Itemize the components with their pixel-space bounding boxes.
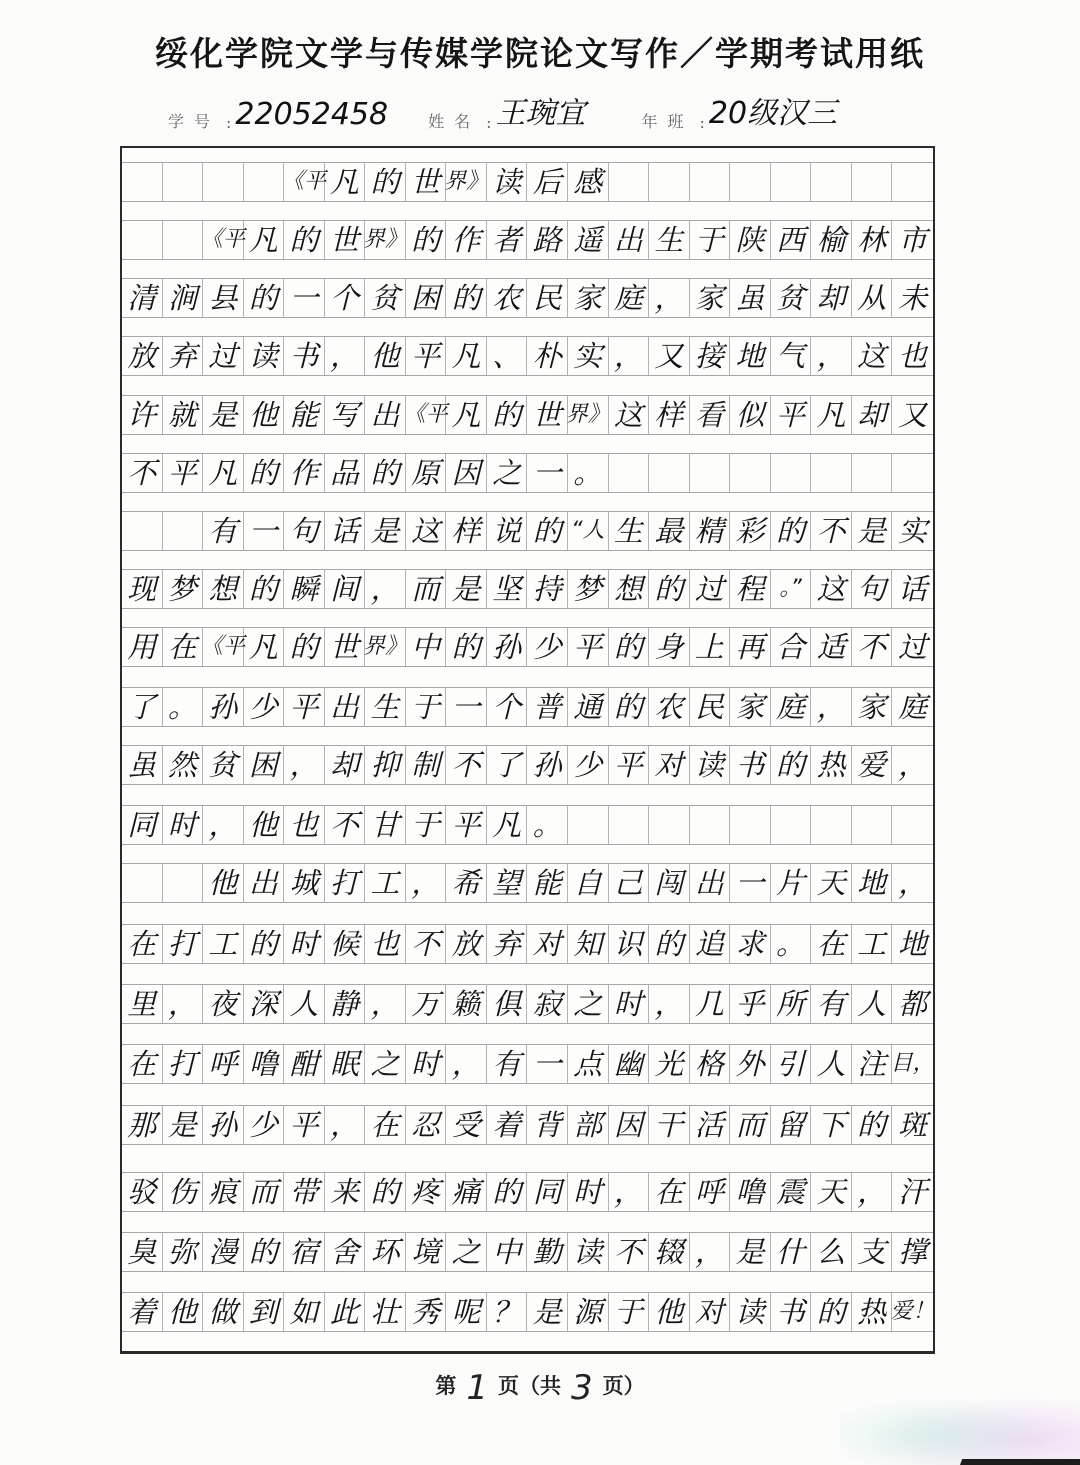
grid-cell: 的 [609,628,650,666]
grid-cell: 万 [406,985,447,1023]
grid-cell: 的 [244,279,285,317]
grid-cell: 呼 [690,1173,731,1211]
grid-cell: 对 [527,925,568,963]
grid-cell: 界》 [365,221,406,259]
grid-cell: 中 [406,628,447,666]
grid-cell: ， [649,279,690,317]
grid-cell: 他 [163,1293,204,1331]
grid-cell: 感 [568,163,609,201]
grid-cell: 热 [852,1293,893,1331]
grid-cell: 臭 [122,1233,163,1271]
grid-cell: 少 [244,688,285,726]
grid-cell: 品 [325,454,366,492]
grid-cell: ， [690,1233,731,1271]
grid-cell [892,454,933,492]
grid-cell: 而 [406,570,447,608]
grid-cell: 酣 [284,1045,325,1083]
grid-cell: ， [811,337,852,375]
grid-cell: 俱 [487,985,528,1023]
grid-cell: 世 [406,163,447,201]
grid-cell: 此 [325,1293,366,1331]
grid-cell: 平 [284,688,325,726]
grid-cell: ， [609,1173,650,1211]
grid-cell: 句 [852,570,893,608]
grid-cell: 点 [568,1045,609,1083]
grid-cell: 对 [690,1293,731,1331]
grid-cell: 源 [568,1293,609,1331]
grid-cell [690,454,731,492]
grid-cell: 界》 [568,396,609,434]
grid-cell: 幽 [609,1045,650,1083]
grid-cell: 一 [527,454,568,492]
grid-cell: 中 [487,1233,528,1271]
grid-cell: 路 [527,221,568,259]
grid-cell: 过 [690,570,731,608]
grid-cell: 实 [568,337,609,375]
grid-cell: 。 [771,925,812,963]
grid-cell: 他 [244,396,285,434]
grid-cell: 对 [649,746,690,784]
grid-cell: 所 [771,985,812,1023]
grid-cell: 如 [284,1293,325,1331]
grid-cell: 贫 [771,279,812,317]
grid-cell: 的 [487,1173,528,1211]
grid-cell: ？ [487,1293,528,1331]
grid-cell: 的 [446,628,487,666]
class-value: 20级汉三 [709,88,837,132]
grid-cell: 驳 [122,1173,163,1211]
grid-cell [690,163,731,201]
grid-cell: 也 [365,925,406,963]
grid-cell: 漫 [203,1233,244,1271]
grid-cell: 是 [446,570,487,608]
grid-cell: 是 [730,1233,771,1271]
grid-cell: 瞬 [284,570,325,608]
grid-cell [163,163,204,201]
grid-cell: 撑 [892,1233,933,1271]
grid-cell: 来 [325,1173,366,1211]
grid-cell: 爱！ [892,1293,933,1331]
grid-cell: 的 [811,1293,852,1331]
grid-cell: 同 [122,806,163,844]
grid-cell: 的 [244,454,285,492]
grid-cell: 合 [771,628,812,666]
grid-cell: 平 [609,746,650,784]
grid-cell: 现 [122,570,163,608]
grid-cell: 是 [365,512,406,550]
grid-cell: 出 [609,221,650,259]
grid-cell: 想 [609,570,650,608]
grid-cell: 看 [690,396,731,434]
grid-cell: 斑 [892,1106,933,1144]
grid-cell: 孙 [203,1106,244,1144]
grid-cell: 痕 [203,1173,244,1211]
grid-cell: 虽 [122,746,163,784]
grid-cell: 县 [203,279,244,317]
grid-cell [730,163,771,201]
grid-cell: 庭 [609,279,650,317]
grid-cell: 凡 [203,454,244,492]
footer-suffix: 页） [603,1373,645,1398]
grid-cell: 就 [163,396,204,434]
grid-cell: 之 [568,985,609,1023]
grid-cell: 样 [446,512,487,550]
grid-cell: 而 [730,1106,771,1144]
grid-cell: 这 [609,396,650,434]
grid-cell: 的 [244,1233,285,1271]
grid-cell: 能 [284,396,325,434]
grid-cell: 因 [446,454,487,492]
grid-cell: 少 [568,746,609,784]
grid-cell: ， [325,1106,366,1144]
grid-cell: 平 [406,337,447,375]
grid-cell: 之 [487,454,528,492]
grid-cell: 时 [406,1045,447,1083]
grid-cell: 平 [284,1106,325,1144]
grid-cell: 世 [325,628,366,666]
grid-cell: 放 [122,337,163,375]
grid-cell: 了 [122,688,163,726]
student-id-label: 学号 [168,109,220,132]
grid-cell: 背 [527,1106,568,1144]
grid-cell: 识 [609,925,650,963]
exam-paper-sheet: 绥化学院文学与传媒学院论文写作／学期考试用纸 学号 : 22052458 姓名 … [0,0,1080,1465]
grid-cell: 用 [122,628,163,666]
grid-cell: 时 [284,925,325,963]
grid-cell: 然 [163,746,204,784]
grid-cell: 梦 [163,570,204,608]
photo-corner-edge [960,1459,1080,1465]
grid-cell [244,163,285,201]
grid-cell: 不 [446,746,487,784]
grid-cell: 却 [811,279,852,317]
grid-cell: 精 [690,512,731,550]
grid-cell: 不 [122,454,163,492]
grid-cell: 人 [811,1045,852,1083]
grid-cell: 朴 [527,337,568,375]
grid-cell: 个 [325,279,366,317]
grid-cell: 农 [649,688,690,726]
grid-cell: 求 [730,925,771,963]
grid-cell: 一 [730,864,771,902]
grid-cell: 家 [730,688,771,726]
grid-row: 那是孙少平，在忍受着背部因干活而留下的斑 [122,1105,933,1145]
grid-cell: 困 [406,279,447,317]
student-id-value: 22052458 [235,97,388,132]
grid-cell: 家 [568,279,609,317]
grid-cell: 书 [730,746,771,784]
grid-cell: 过 [203,337,244,375]
grid-cell: 震 [771,1173,812,1211]
grid-cell: 。 [568,454,609,492]
grid-row: 了。孙少平出生于一个普通的农民家庭，家庭 [122,687,933,727]
grid-cell: 支 [852,1233,893,1271]
grid-cell: 少 [527,628,568,666]
grid-cell: 着 [122,1293,163,1331]
grid-cell: 话 [892,570,933,608]
grid-cell [163,221,204,259]
grid-cell: 了 [487,746,528,784]
grid-row: 里，夜深人静，万籁俱寂之时，几乎所有人都 [122,984,933,1024]
grid-cell: 一 [527,1045,568,1083]
grid-cell: 读 [244,337,285,375]
grid-cell [609,806,650,844]
grid-row: 虽然贫困，却抑制不了孙少平对读书的热爱， [122,745,933,785]
grid-cell: 他 [244,806,285,844]
grid-cell: 不 [609,1233,650,1271]
grid-row: 着他做到如此壮秀呢？是源于他对读书的热爱！ [122,1292,933,1332]
grid-cell: ， [284,746,325,784]
grid-cell: 、 [487,337,528,375]
grid-cell: 己 [609,864,650,902]
grid-cell: 不 [406,925,447,963]
grid-cell: 家 [690,279,731,317]
grid-cell: ， [365,985,406,1023]
grid-cell: 希 [446,864,487,902]
grid-cell: 知 [568,925,609,963]
grid-cell: 壮 [365,1293,406,1331]
grid-cell: 工 [365,864,406,902]
grid-cell [609,163,650,201]
grid-cell: 的 [649,570,690,608]
student-info-row: 学号 : 22052458 姓名 : 王琬宜 年班 : 20级汉三 [168,92,928,132]
grid-cell: 最 [649,512,690,550]
grid-cell: 什 [771,1233,812,1271]
grid-cell: 在 [163,628,204,666]
grid-cell: 书 [284,337,325,375]
grid-cell: 陕 [730,221,771,259]
grid-cell: 甘 [365,806,406,844]
grid-cell: 。 [163,688,204,726]
grid-cell: 一 [284,279,325,317]
grid-cell: ， [203,806,244,844]
grid-cell: 在 [811,925,852,963]
grid-cell: 的 [365,163,406,201]
grid-cell: 《平 [284,163,325,201]
grid-cell: 个 [487,688,528,726]
grid-cell: ， [811,688,852,726]
grid-cell: 时 [609,985,650,1023]
footer-prefix: 第 [435,1373,456,1398]
grid-cell: 候 [325,925,366,963]
grid-cell: 想 [203,570,244,608]
grid-cell: 几 [690,985,731,1023]
grid-cell: 再 [730,628,771,666]
grid-cell: 于 [609,1293,650,1331]
grid-cell: 同 [527,1173,568,1211]
grid-cell: 疼 [406,1173,447,1211]
grid-cell: 平 [771,396,812,434]
grid-cell: 辍 [649,1233,690,1271]
grid-cell: ， [649,985,690,1023]
grid-cell [811,806,852,844]
grid-cell: 说 [487,512,528,550]
grid-cell: 出 [244,864,285,902]
grid-cell: 打 [325,864,366,902]
grid-row: 不平凡的作品的原因之一。 [122,453,933,493]
grid-cell: 样 [649,396,690,434]
grid-row: 他出城打工，希望能自己闯出一片天地， [122,863,933,903]
grid-cell: 民 [527,279,568,317]
grid-cell: 许 [122,396,163,434]
grid-cell: 人 [852,985,893,1023]
grid-cell: 的 [852,1106,893,1144]
grid-cell: 持 [527,570,568,608]
grid-cell: 痛 [446,1173,487,1211]
grid-cell: 呼 [203,1045,244,1083]
grid-cell: 抑 [365,746,406,784]
grid-cell: 凡 [446,337,487,375]
grid-row: 放弃过读书，他平凡、朴实，又接地气，这也 [122,336,933,376]
grid-cell [122,163,163,201]
grid-cell [852,806,893,844]
grid-cell [771,454,812,492]
grid-cell: 在 [122,925,163,963]
grid-row: 用在《平凡的世界》中的孙少平的身上再合适不过 [122,627,933,667]
grid-cell: 也 [892,337,933,375]
grid-cell: 生 [365,688,406,726]
grid-cell: 之 [446,1233,487,1271]
grid-cell: 间 [325,570,366,608]
grid-cell: 工 [203,925,244,963]
grid-cell: 部 [568,1106,609,1144]
grid-cell: 孙 [487,628,528,666]
grid-cell: 到 [244,1293,285,1331]
grid-cell: 原 [406,454,447,492]
grid-cell [163,864,204,902]
grid-cell: 庭 [892,688,933,726]
grid-cell: 。 [527,806,568,844]
grid-cell: ， [365,570,406,608]
name-colon: : [486,113,491,132]
grid-cell: 庭 [771,688,812,726]
grid-cell: 是 [852,512,893,550]
grid-cell: 这 [852,337,893,375]
grid-cell: 写 [325,396,366,434]
grid-cell: 的 [609,688,650,726]
grid-cell: 乎 [730,985,771,1023]
grid-cell [892,806,933,844]
grid-row: 在打工的时候也不放弃对知识的追求。在工地 [122,924,933,964]
grid-cell [690,806,731,844]
grid-cell: 话 [325,512,366,550]
grid-cell: 静 [325,985,366,1023]
grid-cell: 凡 [446,396,487,434]
grid-row: 《平凡的世界》的作者路遥出生于陕西榆林市 [122,220,933,260]
grid-cell [122,864,163,902]
grid-cell: 放 [446,925,487,963]
grid-cell: 接 [690,337,731,375]
grid-cell [163,512,204,550]
grid-cell: 又 [892,396,933,434]
grid-cell: ， [892,864,933,902]
grid-cell: 秀 [406,1293,447,1331]
grid-cell: 。” [771,570,812,608]
grid-cell: 普 [527,688,568,726]
grid-cell: 噜 [730,1173,771,1211]
grid-cell: 时 [568,1173,609,1211]
grid-cell [730,454,771,492]
grid-cell: 的 [284,628,325,666]
grid-cell [122,221,163,259]
grid-cell [892,163,933,201]
grid-row: 同时，他也不甘于平凡。 [122,805,933,845]
grid-cell: 城 [284,864,325,902]
grid-cell: 天 [811,1173,852,1211]
grid-cell: ， [406,864,447,902]
grid-cell [203,163,244,201]
grid-cell: 界》 [365,628,406,666]
grid-cell: ， [446,1045,487,1083]
grid-row: 在打呼噜酣眠之时，有一点幽光格外引人注目， [122,1044,933,1084]
grid-cell: 天 [811,864,852,902]
grid-cell: 的 [649,925,690,963]
grid-cell: 目， [892,1045,933,1083]
grid-cell: 汗 [892,1173,933,1211]
grid-cell: 的 [406,221,447,259]
class-label: 年班 [642,109,694,132]
grid-cell: 夜 [203,985,244,1023]
name-value: 王琬宜 [496,88,586,132]
grid-cell: 世 [325,221,366,259]
grid-cell: 清 [122,279,163,317]
grid-cell: 地 [852,864,893,902]
grid-row: 现梦想的瞬间，而是坚持梦想的过程。”这句话 [122,569,933,609]
grid-cell: 眠 [325,1045,366,1083]
grid-cell: 呢 [446,1293,487,1331]
grid-cell: 都 [892,985,933,1023]
grid-cell: 地 [892,925,933,963]
grid-cell: 一 [244,512,285,550]
grid-cell: 者 [487,221,528,259]
grid-cell: 榆 [811,221,852,259]
grid-cell: 能 [527,864,568,902]
grid-cell: 书 [771,1293,812,1331]
grid-cell: 不 [811,512,852,550]
grid-cell: 有 [203,512,244,550]
grid-cell [122,512,163,550]
grid-cell: 寂 [527,985,568,1023]
grid-cell [730,806,771,844]
grid-row: 臭弥漫的宿舍环境之中勤读不辍，是什么支撑 [122,1232,933,1272]
grid-cell: 的 [365,1173,406,1211]
grid-cell: 外 [730,1045,771,1083]
grid-cell: 是 [203,396,244,434]
grid-cell: 他 [365,337,406,375]
grid-row: 驳伤痕而带来的疼痛的同时，在呼噜震天，汗 [122,1172,933,1212]
grid-cell: 的 [365,454,406,492]
grid-cell [649,454,690,492]
grid-cell: 过 [892,628,933,666]
grid-cell: 追 [690,925,731,963]
class-colon: : [700,113,705,132]
grid-cell: 环 [365,1233,406,1271]
grid-cell: 在 [649,1173,690,1211]
grid-cell: 彩 [730,512,771,550]
grid-cell: 于 [406,806,447,844]
grid-cell: 那 [122,1106,163,1144]
grid-cell: 出 [365,396,406,434]
grid-cell: 干 [649,1106,690,1144]
grid-cell: 时 [163,806,204,844]
manuscript-grid: 《平凡的世界》读后感《平凡的世界》的作者路遥出生于陕西榆林市清涧县的一个贫困的农… [120,146,935,1354]
grid-cell: 的 [527,512,568,550]
grid-cell: 生 [649,221,690,259]
grid-cell [771,806,812,844]
grid-cell: 家 [852,688,893,726]
grid-cell: 贫 [365,279,406,317]
grid-cell: 凡 [244,221,285,259]
